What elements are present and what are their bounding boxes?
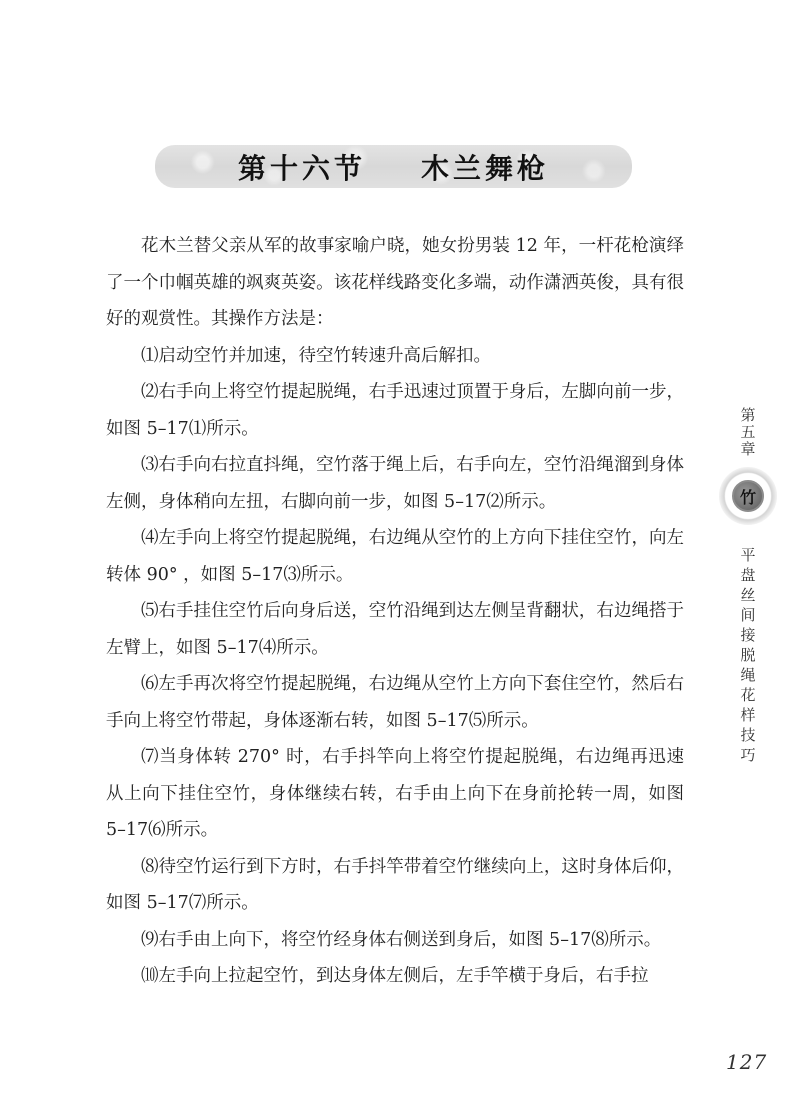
paragraph-step-2: ⑵右手向上将空竹提起脱绳，右手迅速过顶置于身后，左脚向前一步，如图 5–17⑴所… — [106, 374, 684, 447]
paragraph-step-3: ⑶右手向右拉直抖绳，空竹落于绳上后，右手向左，空竹沿绳溜到身体左侧，身体稍向左扭… — [106, 447, 684, 520]
bamboo-emblem-icon: 竹 — [719, 467, 777, 525]
section-title: 第十六节 木兰舞枪 — [238, 147, 549, 187]
section-label: 平盘丝间接脱绳花样技巧 — [738, 545, 758, 765]
paragraph-step-7: ⑺当身体转 270° 时，右手抖竿向上将空竹提起脱绳，右边绳再迅速从上向下挂住空… — [106, 739, 684, 849]
paragraph-step-1: ⑴启动空竹并加速，待空竹转速升高后解扣。 — [106, 338, 684, 375]
paragraph-step-6: ⑹左手再次将空竹提起脱绳，右边绳从空竹上方向下套住空竹，然后右手向上将空竹带起，… — [106, 666, 684, 739]
body-text: 花木兰替父亲从军的故事家喻户晓，她女扮男装 12 年，一杆花枪演绎了一个巾帼英雄… — [106, 228, 684, 995]
paragraph-step-5: ⑸右手挂住空竹后向身后送，空竹沿绳到达左侧呈背翻状，右边绳搭于左臂上，如图 5–… — [106, 593, 684, 666]
paragraph-step-10: ⑽左手向上拉起空竹，到达身体左侧后，左手竿横于身后，右手拉 — [106, 958, 684, 995]
paragraph-step-9: ⑼右手由上向下，将空竹经身体右侧送到身后，如图 5–17⑻所示。 — [106, 922, 684, 959]
emblem-char: 竹 — [732, 480, 764, 512]
section-title-banner: 第十六节 木兰舞枪 — [155, 145, 632, 188]
page-number: 127 — [726, 1050, 767, 1074]
paragraph-step-4: ⑷左手向上将空竹提起脱绳，右边绳从空竹的上方向下挂住空竹，向左转体 90° ，如… — [106, 520, 684, 593]
chapter-side-tab: 第五章 竹 平盘丝间接脱绳花样技巧 — [718, 395, 778, 775]
paragraph-intro: 花木兰替父亲从军的故事家喻户晓，她女扮男装 12 年，一杆花枪演绎了一个巾帼英雄… — [106, 228, 684, 338]
paragraph-step-8: ⑻待空竹运行到下方时，右手抖竿带着空竹继续向上，这时身体后仰，如图 5–17⑺所… — [106, 849, 684, 922]
chapter-label: 第五章 — [738, 407, 758, 458]
